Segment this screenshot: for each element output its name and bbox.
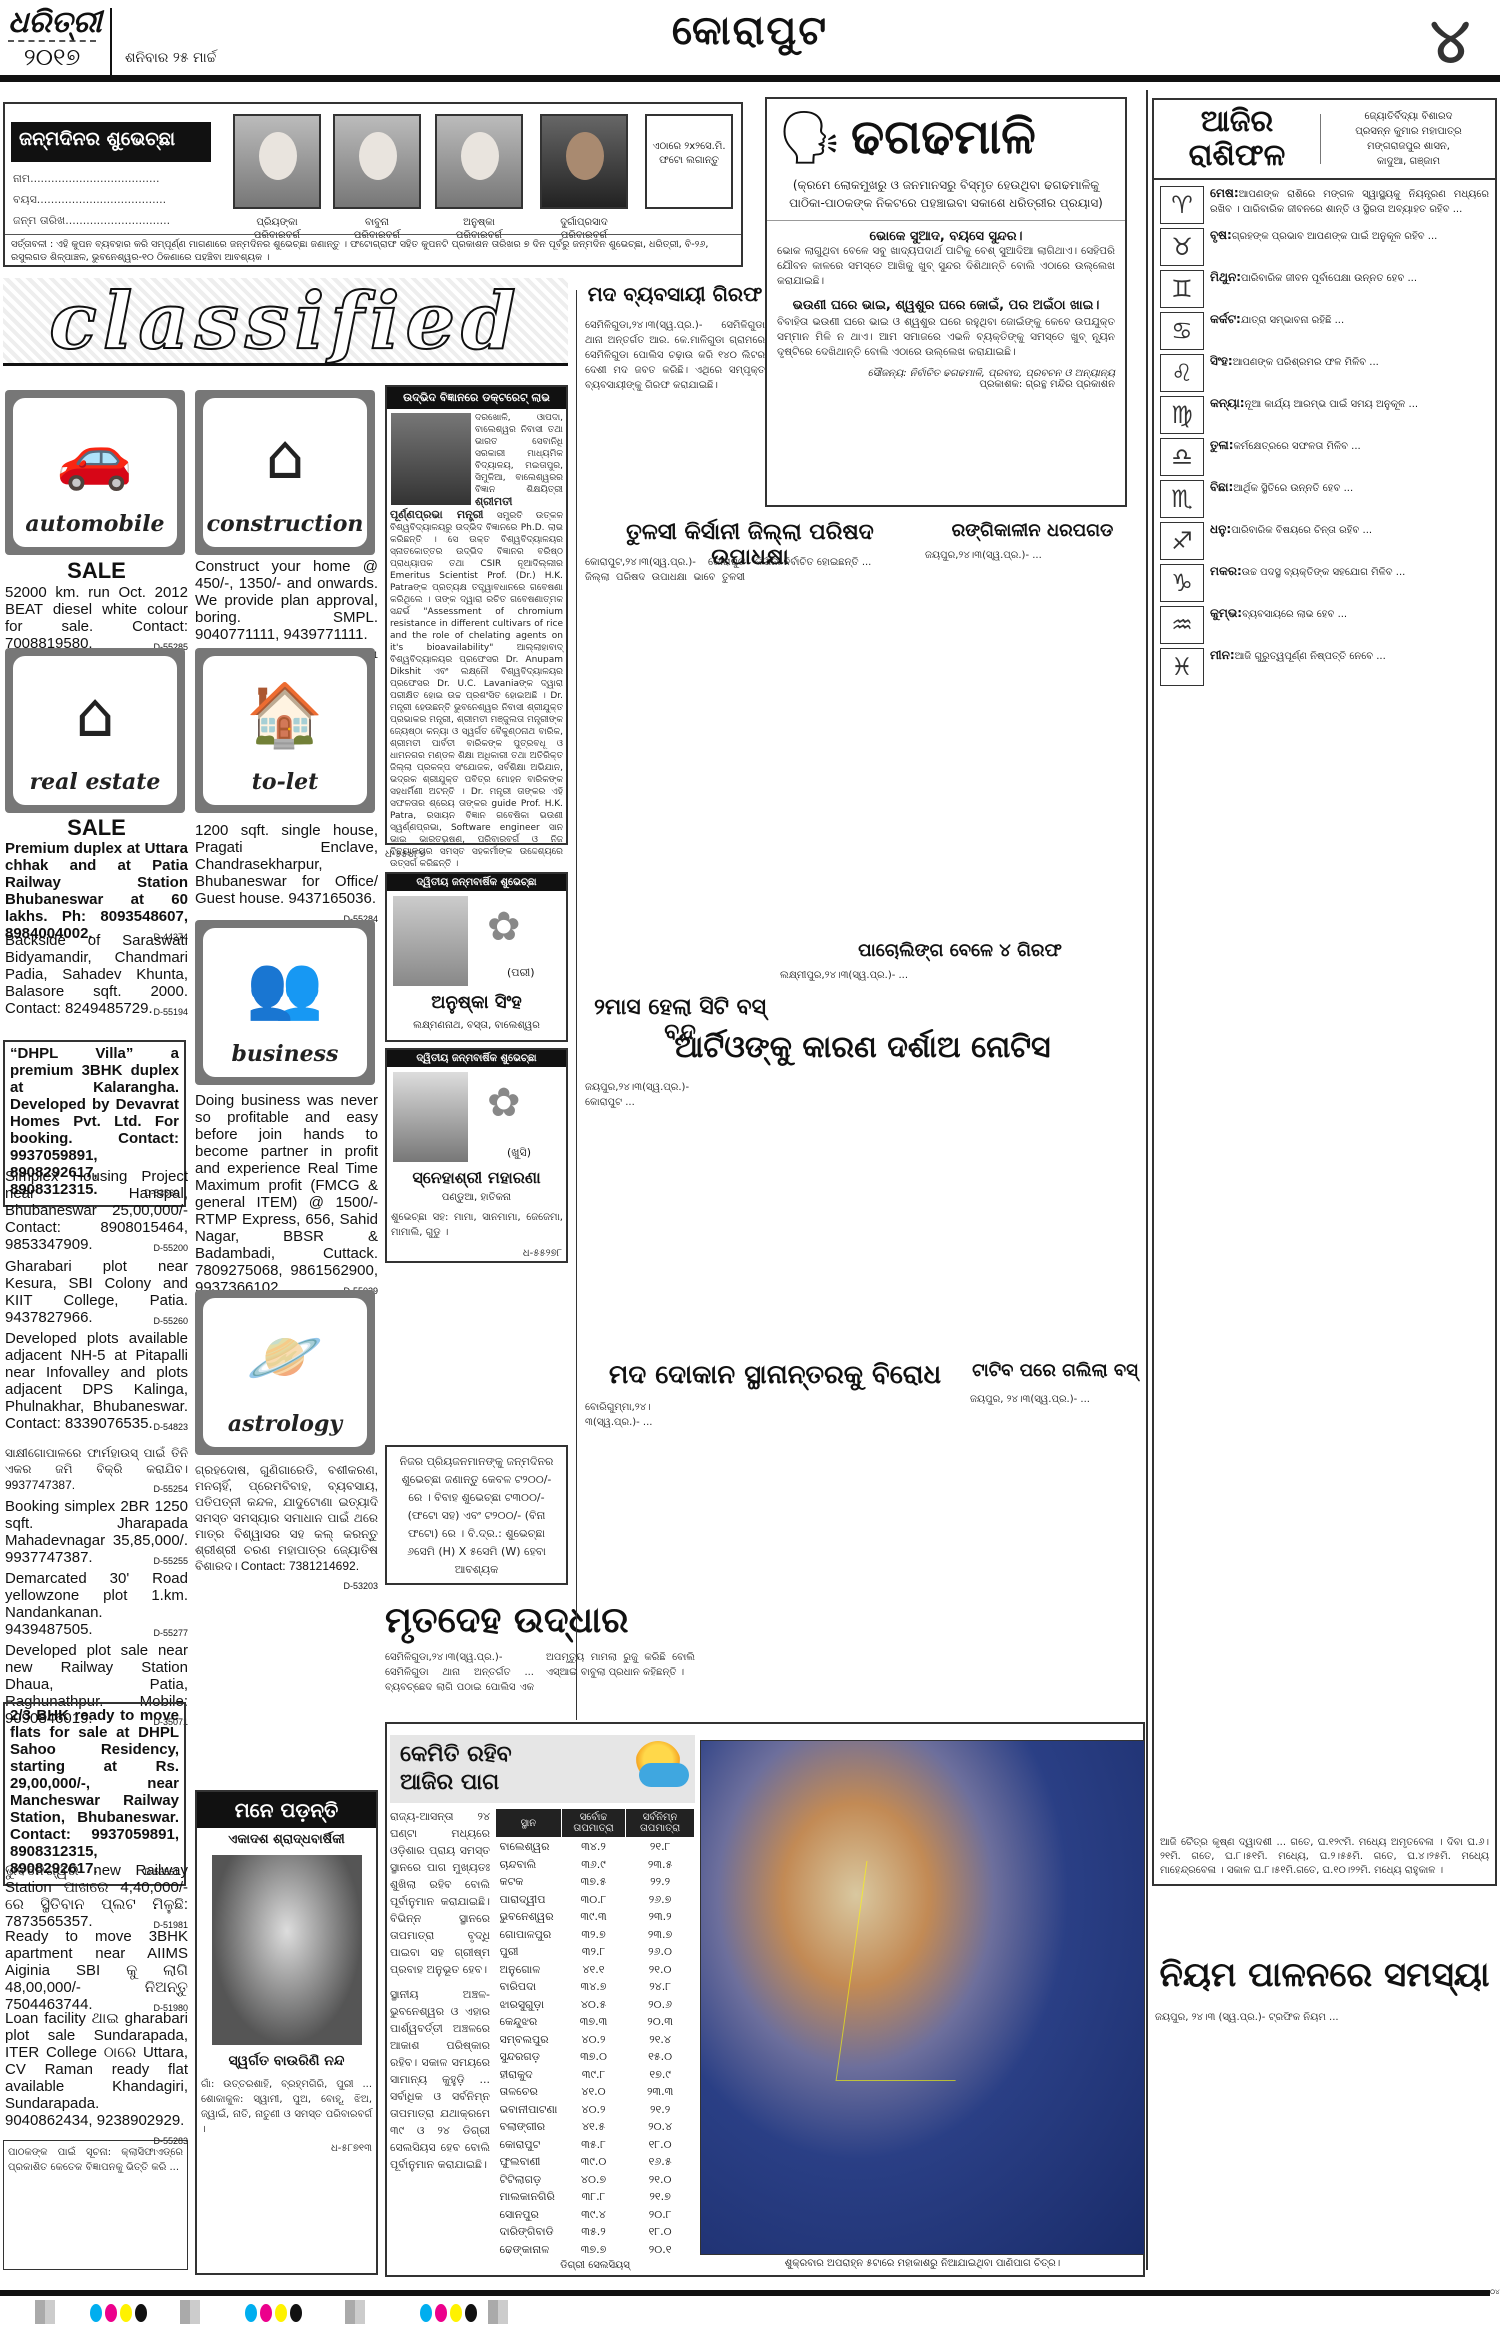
classified-ad: Loan facility ଥାଇ gharabari plot sale Su… [5, 2010, 188, 2150]
doctorate-title: ଉଦ୍ଭିଦ ବିଜ୍ଞାନରେ ଡକ୍ଟରେଟ୍ ଲାଭ [387, 387, 566, 409]
min-temp: ୨୦.୧ [626, 2241, 695, 2259]
max-temp: ୩୫.୨ [561, 2223, 625, 2241]
category-label: automobile [13, 511, 177, 537]
zodiac-entry: ♌ସିଂହ:ଆପଣଙ୍କ ପରିଶ୍ରମର ଫଳ ମିଳିବ ... [1160, 354, 1489, 392]
min-temp: ୨୧.୨ [626, 2101, 695, 2119]
classified-ad: Gharabari plot near Kesura, SBI Colony a… [5, 1258, 188, 1330]
ink-dot [290, 2304, 302, 2322]
satellite-weather-map [700, 1740, 1145, 2255]
zodiac-entry: ♋କର୍କଟ:ଯାତ୍ରା ସମ୍ଭାବନା ରହିଛି ... [1160, 312, 1489, 350]
almanac-text: ଆଜି ଚୈତ୍ର କୃଷ୍ଣ ଦ୍ୱାଦଶୀ ... ଗତେ, ଘ.୧୨୯ମି… [1160, 1836, 1489, 1878]
sample-photo: ବାବୁନାପରିବାରବର୍ଗ [333, 114, 421, 209]
birthday-wish-title: ଦ୍ୱିତୀୟ ଜନ୍ମବାର୍ଷିକ ଶୁଭେଚ୍ଛା [387, 874, 566, 891]
liquor-arrest-headline: ମଦ ବ୍ୟବସାୟୀ ଗିରଫ [585, 282, 765, 306]
place-name: ସୋନପୁର [496, 2206, 562, 2224]
place-name: ସମ୍ବଲପୁର [496, 2031, 562, 2049]
gemini-icon: ♊ [1160, 270, 1204, 308]
memorial-text: ଗାଁ: ଉତ୍ତରଶାହି, ବ୍ରହ୍ମଗିରି, ପୁରୀ ... ଶୋକ… [197, 2073, 376, 2141]
wishers-text: ଶୁଭେଚ୍ଛା ସହ: ମାମା, ସାନମାମା, ଜେଜେମା, ମାମା… [391, 1210, 563, 1240]
zodiac-list: ♈ମେଷ:ଆପଣଙ୍କ ରାଶିରେ ମଙ୍ଗଳ ସ୍ୱାସ୍ଥ୍ୟକୁ ନିୟ… [1154, 180, 1495, 696]
zodiac-entry: ♈ମେଷ:ଆପଣଙ୍କ ରାଶିରେ ମଙ୍ଗଳ ସ୍ୱାସ୍ଥ୍ୟକୁ ନିୟ… [1160, 186, 1489, 224]
max-temp: ୩୯.୮ [561, 2066, 625, 2084]
max-temp: ୪୧.୦ [561, 2083, 625, 2101]
car-icon: 🚗 [56, 420, 133, 494]
max-temp: ୩୭.୩ [561, 2013, 625, 2031]
temperature-row: ମାଲକାନଗିରି୩୮.୮୨୧.୭ [496, 2188, 695, 2206]
liquor-shop-headline: ମଦ ଦୋକାନ ସ୍ଥାନାନ୍ତରକୁ ବିରୋଧ [585, 1360, 965, 1391]
ink-dot [135, 2304, 147, 2322]
horoscope-title: ଆଜିର ରାଶିଫଳ [1162, 105, 1312, 173]
max-temp: ୩୬.୯ [561, 1856, 625, 1874]
zodiac-text: କନ୍ୟା:ନୂଆ କାର୍ଯ୍ୟ ଆରମ୍ଭ ପାଇଁ ସମୟ ଅନୁକୂଳ … [1210, 396, 1418, 434]
temperature-row: ସୁନ୍ଦରଗଡ଼୩୭.୦୧୫.୦ [496, 2048, 695, 2066]
place-name: ତାଳଚେର [496, 2083, 562, 2101]
zodiac-text: ଧନୁ:ପାରିବାରିକ ବିଷୟରେ ଚିନ୍ତା ରହିବ ... [1210, 522, 1372, 560]
temperature-row: ତାଳଚେର୪୧.୦୨୩.୩ [496, 2083, 695, 2101]
place-name: ସୁନ୍ଦରଗଡ଼ [496, 2048, 562, 2066]
doctorate-body: ସମ୍ପ୍ରତି ଉତ୍କଳ ବିଶ୍ୱବିଦ୍ୟାଳୟରୁ ଉଦ୍ଭିଦ ବି… [390, 511, 563, 869]
max-temp: ୪୧.୧ [561, 1961, 625, 1979]
ink-dot [90, 2304, 102, 2322]
sagittarius-icon: ♐ [1160, 522, 1204, 560]
zodiac-entry: ♉ବୃଷ:ଗ୍ରହଙ୍କ ପ୍ରଭାବ ଆପଣଙ୍କ ପାଇଁ ଅନୁକୂଳ ର… [1160, 228, 1489, 266]
temperature-row: ଭୁବନେଶ୍ୱର୩୯.୩୨୩.୨ [496, 1908, 695, 1926]
house-icon: ⌂ [75, 678, 114, 751]
min-temp: ୨୧.୪ [626, 2031, 695, 2049]
planet-icon: 🪐 [246, 1320, 323, 1394]
pisces-icon: ♓ [1160, 648, 1204, 686]
place-name: ମାଲକାନଗିରି [496, 2188, 562, 2206]
registration-mark [345, 2300, 365, 2324]
business-people-icon: 👥 [246, 950, 323, 1024]
child-name: ସ୍ନେହାଶ୍ରୀ ମହାରଣା [387, 1168, 566, 1188]
temperature-row: ଭବାନୀପାଟଣା୪୦.୨୨୧.୨ [496, 2101, 695, 2119]
ink-dot [260, 2304, 272, 2322]
zodiac-text: ବୃଷ:ଗ୍ରହଙ୍କ ପ୍ରଭାବ ଆପଣଙ୍କ ପାଇଁ ଅନୁକୂଳ ରହ… [1210, 228, 1437, 266]
min-temp: ୨୦.୬ [626, 1996, 695, 2014]
ink-dot [105, 2304, 117, 2322]
place-name: ପୁରୀ [496, 1943, 562, 1961]
max-temp: ୩୨.୭ [561, 1926, 625, 1944]
zodiac-entry: ♊ମିଥୁନ:ପାରିବାରିକ ଜୀବନ ପୂର୍ବାପେକ୍ଷା ଉନ୍ନତ… [1160, 270, 1489, 308]
min-temp: ୧୫.୦ [626, 2048, 695, 2066]
place-name: ହୀରାକୁଦ [496, 2066, 562, 2084]
place-name: ଢେଙ୍କାନାଳ [496, 2241, 562, 2259]
zodiac-entry: ♒କୁମ୍ଭ:ବ୍ୟବସାୟରେ ଲାଭ ହେବ ... [1160, 606, 1489, 644]
classified-ad: 1200 sqft. single house, Pragati Enclave… [195, 822, 378, 928]
cancer-icon: ♋ [1160, 312, 1204, 350]
house-outline-icon: ⌂ [265, 420, 304, 493]
cmyk-marks [245, 2304, 302, 2322]
place-name: ଝାରସୁଗୁଡ଼ା [496, 1996, 562, 2014]
max-temp: ୪୦.୫ [561, 1996, 625, 2014]
temperature-row: ହୀରାକୁଦ୩୯.୮୧୭.୯ [496, 2066, 695, 2084]
min-temp: ୨୪.୮ [626, 1978, 695, 1996]
max-temp: ୩୭.୫ [561, 1873, 625, 1891]
child-name: ଅନୁଷ୍କା ସିଂହ [387, 992, 566, 1013]
city-bus-story: ଜୟପୁର,୨୪।୩(ସ୍ୱ.ପ୍ର.)- କୋରାପୁଟ ... [585, 1080, 1140, 1350]
classified-ad: Backside of Saraswati Bidyamandir, Chand… [5, 932, 188, 1021]
classified-ad: ସାକ୍ଷୀଗୋପାଳରେ ଫାର୍ମହାଉସ୍ ପାଇଁ ତିନି ଏକର ଜ… [5, 1445, 188, 1497]
zodiac-text: କୁମ୍ଭ:ବ୍ୟବସାୟରେ ଲାଭ ହେବ ... [1210, 606, 1347, 644]
column-header-place: ସ୍ଥାନ [496, 1809, 562, 1838]
astrologer-info: ଜ୍ୟୋତିର୍ବିଦ୍ୟା ବିଶାରଦପ୍ରସନ୍ନ କୁମାର ମହାପା… [1330, 109, 1487, 169]
photo-name: ଅନୁଷ୍କା [437, 216, 521, 229]
zilla-parishad-story: କୋରାପୁଟ,୨୪।୩(ସ୍ୱ.ପ୍ର.)- କୋରାପୁଟ ଜିଲ୍ଲା ପ… [585, 555, 915, 935]
place-name: କଟକ [496, 1873, 562, 1891]
scorpio-icon: ♏ [1160, 480, 1204, 518]
min-temp: ୨୦.୪ [626, 2118, 695, 2136]
classified-ad: Simplex Housing Project near Hanspal, Bh… [5, 1168, 188, 1257]
doctorate-intro: ଦରଖୋଳି, ଓାପଦା, ବାଲେଶ୍ୱର ନିବାସୀ ତଥା ଭାରତ … [475, 413, 563, 495]
temperature-row: ଚାନ୍ଦବାଲି୩୬.୯୨୩.୫ [496, 1856, 695, 1874]
temperature-row: ପାରାଦ୍ୱୀପ୩୦.୮୨୬.୭ [496, 1891, 695, 1909]
max-temp: ୩୫.୮ [561, 2136, 625, 2154]
min-temp: ୨୬.୭ [626, 1891, 695, 1909]
photo-placeholder: ଏଠାରେ ୨x୨ସେ.ମି. ଫଟୋ ଲଗାନ୍ତୁ [645, 114, 733, 209]
place-name: କେନ୍ଦୁଝର [496, 2013, 562, 2031]
zodiac-entry: ♑ମକର:ଉଚ୍ଚ ପଦସ୍ଥ ବ୍ୟକ୍ତିଙ୍କ ସହଯୋଗ ମିଳିବ .… [1160, 564, 1489, 602]
place-name: ଗୋପାଳପୁର [496, 1926, 562, 1944]
horoscope-box: ଆଜିର ରାଶିଫଳ ଜ୍ୟୋତିର୍ବିଦ୍ୟା ବିଶାରଦପ୍ରସନ୍ନ… [1152, 98, 1497, 1886]
temperature-row: କଟକ୩୭.୫୨୨.୨ [496, 1873, 695, 1891]
temperature-row: କୋରାପୁଟ୩୫.୮୧୮.୦ [496, 2136, 695, 2154]
classified-ad: ଗ୍ରହଦୋଷ, ଗୁଣିଗାରେଡି, ବଶୀକରଣ, ମନଚାହିଁ, ପ୍… [195, 1462, 378, 1594]
masthead: ଧରିତ୍ରୀ ୨୦୧୭ ଶନିବାର ୨୫ ମାର୍ଚ୍ଚ କୋରାପୁଟ ୪ [0, 0, 1500, 82]
category-label: to-let [203, 769, 367, 795]
ink-dot [120, 2304, 132, 2322]
place-name: ଦାରିଙ୍ଗିବାଡି [496, 2223, 562, 2241]
memorial-photo [212, 1855, 362, 2045]
classified-ad: Booking simplex 2BR 1250 sqft. Jharapada… [5, 1498, 188, 1570]
max-temp: ୪୦.୭ [561, 2171, 625, 2189]
weather-forecast-text: ରାଜ୍ୟ-ଆସନ୍ତା ୨୪ ଘଣ୍ଟା ମଧ୍ୟରେ ଓଡ଼ିଶାର ପ୍ର… [390, 1808, 490, 2268]
category-real-estate: ⌂ real estate [5, 648, 185, 813]
local-forecast: ସ୍ଥାନୀୟ ଅଞ୍ଚଳ- ଭୁବନେଶ୍ୱର ଓ ଏହାର ପାର୍ଶ୍ୱବ… [390, 1986, 490, 2173]
portrait-photo [391, 413, 471, 505]
temperature-row: ଟିଟିଲାଗଡ଼୪୦.୭୨୧.୦ [496, 2171, 695, 2189]
birthday-wish: ଦ୍ୱିତୀୟ ଜନ୍ମବାର୍ଷିକ ଶୁଭେଚ୍ଛା ✿ (ପରୀ) ଅନୁ… [385, 872, 568, 1042]
capricorn-icon: ♑ [1160, 564, 1204, 602]
poaching-story: ଲକ୍ଷ୍ମୀପୁର,୨୪।୩(ସ୍ୱ.ପ୍ର.)- ... [780, 968, 1140, 1028]
to-let-sign-icon: 🏠 [246, 678, 323, 752]
max-temp: ୩୯.୦ [561, 2153, 625, 2171]
classified-ad-boxed: 2/3 BHK ready to move flats for sale at … [3, 1702, 186, 1886]
min-temp: ୨୬.୦ [626, 1943, 695, 1961]
ad-code: ଧ-୫୮୭୧୩ [197, 2141, 376, 2156]
temperature-row: ଦାରିଙ୍ଗିବାଡି୩୫.୨୧୮.୦ [496, 2223, 695, 2241]
registration-mark [35, 2300, 55, 2324]
temperature-row: ବାଲେଶ୍ୱର୩୪.୨୨୧.୮ [496, 1838, 695, 1856]
proverb-saying: ଭଉଣୀ ଘରେ ଭାଇ, ଶ୍ୱଶୁର ଘରେ ଜୋଇଁ, ପର ଅଇଁଠା … [777, 297, 1115, 315]
max-temp: ୪୧.୫ [561, 2118, 625, 2136]
reader-notice: ପାଠକଙ୍କ ପାଇଁ ସୂଚନା: କ୍ଲାସିଫାଏଡ୍‌ରେ ପ୍ରକା… [3, 2140, 188, 2270]
birthday-wish-title: ଦ୍ୱିତୀୟ ଜନ୍ମବାର୍ଷିକ ଶୁଭେଚ୍ଛା [387, 1050, 566, 1067]
zodiac-text: ସିଂହ:ଆପଣଙ୍କ ପରିଶ୍ରମର ଫଳ ମିଳିବ ... [1210, 354, 1379, 392]
city-bus-subheadline: ଆର୍ଟିଓଙ୍କୁ କାରଣ ଦର୍ଶାଅ ନୋଟିସ [585, 1030, 1140, 1065]
place-name: ଭୁବନେଶ୍ୱର [496, 1908, 562, 1926]
classified-ad: 52000 km. run Oct. 2012 BEAT diesel whit… [5, 584, 188, 656]
sample-photo: ଅନୁଷ୍କାପରିବାରବର୍ଗ [435, 114, 523, 209]
place-name: ଭବାନୀପାଟଣା [496, 2101, 562, 2119]
place-name: ଚାନ୍ଦବାଲି [496, 1856, 562, 1874]
bus-accident-story: ଜୟପୁର, ୨୪।୩(ସ୍ୱ.ପ୍ର.)- ... [970, 1392, 1140, 1712]
min-temp: ୧୮.୦ [626, 2136, 695, 2154]
temperature-row: ଅନୁଗୋଳ୪୧.୧୨୧.୦ [496, 1961, 695, 1979]
min-temp: ୨୦.୩ [626, 2013, 695, 2031]
min-temp: ୧୬.୫ [626, 2153, 695, 2171]
zodiac-entry: ♍କନ୍ୟା:ନୂଆ କାର୍ଯ୍ୟ ଆରମ୍ଭ ପାଇଁ ସମୟ ଅନୁକୂଳ… [1160, 396, 1489, 434]
proverbs-intro: (କ୍ରମେ ଲୋକମୁଖରୁ ଓ ଜନମାନସରୁ ବିସ୍ମୃତ ହେଉଥି… [767, 176, 1125, 221]
temperature-row: ଢେଙ୍କାନାଳ୩୭.୭୨୦.୧ [496, 2241, 695, 2259]
aries-icon: ♈ [1160, 186, 1204, 224]
proverbs-publisher: ପ୍ରକାଶକ: ଗ୍ରନ୍ଥ ମନ୍ଦିର ପ୍ରକାଶନ [777, 379, 1115, 390]
min-temp: ୨୩.୫ [626, 1856, 695, 1874]
registration-mark [180, 2300, 200, 2324]
sample-photo: ପ୍ରିୟଙ୍କାପରିବାରବର୍ଗ [233, 114, 321, 209]
max-temp: ୩୪.୭ [561, 1978, 625, 1996]
unit-note: ଡିଗ୍ରୀ ସେଲସିୟସ୍ [495, 2260, 695, 2271]
max-temp: ୪୦.୨ [561, 2031, 625, 2049]
place-name: ଅନୁଗୋଳ [496, 1961, 562, 1979]
max-temp: ୩୦.୮ [561, 1891, 625, 1909]
fort-headline: ରଙ୍ଗିକାଳୀନ ଧରପଗଡ [925, 520, 1140, 541]
temperature-row: ସମ୍ବଲପୁର୪୦.୨୨୧.୪ [496, 2031, 695, 2049]
birthday-wish: ଦ୍ୱିତୀୟ ଜନ୍ମବାର୍ଷିକ ଶୁଭେଚ୍ଛା ✿ (ଖୁସି) ସ୍… [385, 1048, 568, 1263]
min-temp: ୨୦.୮ [626, 2206, 695, 2224]
proverb-meaning: ବିବାହିତା ଭଉଣୀ ଘରେ ଭାଇ ଓ ଶ୍ୱଶୁର ଘରେ ରହୁଥି… [777, 315, 1115, 360]
child-nickname: (ପରୀ) [507, 966, 535, 980]
bus-accident-headline: ଟାଟିବ ପରେ ଗଲିଲା ବସ୍ [970, 1360, 1140, 1381]
dob-field[interactable]: ଜନ୍ମ ତାରିଖ.............................. [13, 210, 170, 231]
zodiac-text: ତୁଳା:କର୍ମକ୍ଷେତ୍ରରେ ସଫଳତା ମିଳିବ ... [1210, 438, 1361, 476]
max-temp: ୩୭.୦ [561, 2048, 625, 2066]
virgo-icon: ♍ [1160, 396, 1204, 434]
map-caption: ଶୁକ୍ରବାର ଅପରାହ୍ନ ୫ଟାରେ ମହାକାଶରୁ ନିଆଯାଇଥି… [700, 2258, 1145, 2269]
zodiac-text: ମେଷ:ଆପଣଙ୍କ ରାଶିରେ ମଙ୍ଗଳ ସ୍ୱାସ୍ଥ୍ୟକୁ ନିୟନ… [1210, 186, 1489, 224]
classified-ad: Doing business was never so profitable a… [195, 1092, 378, 1300]
temperature-row: ଝାରସୁଗୁଡ଼ା୪୦.୫୨୦.୬ [496, 1996, 695, 2014]
zodiac-entry: ♐ଧନୁ:ପାରିବାରିକ ବିଷୟରେ ଚିନ୍ତା ରହିବ ... [1160, 522, 1489, 560]
ink-dot [450, 2304, 462, 2322]
ad-code: ଧ-୫୫୨୭୮ [523, 1246, 562, 1261]
sample-photo: ଦୁର୍ଗାପ୍ରସାଦପରିବାରବର୍ଗ [540, 114, 628, 209]
min-temp: ୨୩.୩ [626, 2083, 695, 2101]
birthday-coupon-title: ଜନ୍ମଦିନର ଶୁଭେଚ୍ଛା [11, 122, 211, 162]
zodiac-entry: ♎ତୁଳା:କର୍ମକ୍ଷେତ୍ରରେ ସଫଳତା ମିଳିବ ... [1160, 438, 1489, 476]
max-temp: ୪୦.୨ [561, 2101, 625, 2119]
zodiac-entry: ♓ମୀନ:ଆଜି ଗୁରୁତ୍ୱପୂର୍ଣ୍ଣ ନିଷ୍ପତ୍ତି ନେବେ .… [1160, 648, 1489, 686]
wishes-rates-box: ନିଜର ପ୍ରିୟଜନମାନଙ୍କୁ ଜନ୍ମଦିନର ଶୁଭେଚ୍ଛା ଜଣ… [385, 1445, 568, 1585]
taurus-icon: ♉ [1160, 228, 1204, 266]
temperature-row: ଫୁଲବାଣୀ୩୯.୦୧୬.୫ [496, 2153, 695, 2171]
proverbs-title: ଢଗଢମାଳି [851, 109, 1036, 166]
footer-rule [0, 2290, 1490, 2296]
place-name: କୋରାପୁଟ [496, 2136, 562, 2154]
category-label: business [203, 1041, 367, 1067]
min-temp: ୨୨.୨ [626, 1873, 695, 1891]
liquor-arrest-story: ସେମିଳିଗୁଡା,୨୪।୩(ସ୍ୱ.ପ୍ର.)- ସେମିଳିଗୁଡା ଥା… [585, 318, 765, 393]
ink-dot [435, 2304, 447, 2322]
min-temp: ୨୧.୭ [626, 2188, 695, 2206]
category-astrology: 🪐 astrology [195, 1290, 375, 1455]
rules-story: ଜୟପୁର, ୨୪।୩ (ସ୍ୱ.ପ୍ର.)- ଟ୍ରଫିକ ନିୟମ ... [1155, 2010, 1495, 2270]
zodiac-text: ମିଥୁନ:ପାରିବାରିକ ଜୀବନ ପୂର୍ବାପେକ୍ଷା ଉନ୍ନତ … [1210, 270, 1417, 308]
proverbs-box: 🗣 ଢଗଢମାଳି (କ୍ରମେ ଲୋକମୁଖରୁ ଓ ଜନମାନସରୁ ବିସ… [765, 97, 1127, 507]
min-temp: ୨୧.୦ [626, 1961, 695, 1979]
memorial-notice: ମନେ ପଡ଼ନ୍ତି ଏକାଦଶ ଶ୍ରାଦ୍ଧବାର୍ଷିକୀ ସ୍ୱର୍ଗ… [195, 1790, 378, 2275]
child-place: ପଣ୍ଡୁଆ, ହାତିକନା [387, 1192, 566, 1203]
classified-banner: classified [3, 278, 568, 366]
max-temp: ୩୯.୪ [561, 2206, 625, 2224]
section-title: କୋରାପୁଟ [0, 8, 1500, 54]
category-automobile: 🚗 automobile [5, 390, 185, 555]
leo-icon: ♌ [1160, 354, 1204, 392]
classified-ad: ଭୁବନେଶ୍ୱର new Railway Station ପାଖରେ 4,40… [5, 1862, 188, 1934]
temperature-rows: ବାଲେଶ୍ୱର୩୪.୨୨୧.୮ଚାନ୍ଦବାଲି୩୬.୯୨୩.୫କଟକ୩୭.୫… [496, 1838, 695, 2259]
libra-icon: ♎ [1160, 438, 1204, 476]
min-temp: ୧୮.୦ [626, 2223, 695, 2241]
max-temp: ୩୯.୩ [561, 1908, 625, 1926]
temperature-row: ଗୋପାଳପୁର୩୨.୭୨୩.୭ [496, 1926, 695, 1944]
category-label: astrology [203, 1411, 367, 1437]
birthday-coupon: ଜନ୍ମଦିନର ଶୁଭେଚ୍ଛା ନାମ...................… [3, 102, 743, 267]
proverb-saying: ଭୋକେ ସୁଆଦ, ବୟସେ ସୁନ୍ଦର। [777, 229, 1115, 244]
zodiac-text: ବିଛା:ଆର୍ଥିକ ସ୍ଥିତିରେ ଉନ୍ନତି ହେବ ... [1210, 480, 1353, 518]
age-field[interactable]: ବୟସ..................................... [13, 189, 170, 210]
temperature-row: ବାରିପଦା୩୪.୭୨୪.୮ [496, 1978, 695, 1996]
photo-name: ବାବୁନା [335, 216, 419, 229]
column-divider [1146, 90, 1148, 2270]
column-divider [576, 290, 577, 1720]
max-temp: ୩୪.୨ [561, 1838, 625, 1856]
temperature-row: ପୁରୀ୩୨.୮୨୬.୦ [496, 1943, 695, 1961]
classified-ad: Premium duplex at Uttara chhak and at Pa… [5, 840, 188, 946]
cmyk-marks [90, 2304, 147, 2322]
page-marker: ୦୪ [1490, 2288, 1500, 2297]
place-name: ପାରାଦ୍ୱୀପ [496, 1891, 562, 1909]
ad-code: ଧ-୫୫୪୮୭ [385, 847, 426, 862]
category-label: real estate [13, 769, 177, 795]
max-temp: ୩୮.୮ [561, 2188, 625, 2206]
category-to-let: 🏠 to-let [195, 648, 375, 813]
classified-ad: Demarcated 30' Road yellowzone plot 1.km… [5, 1570, 188, 1642]
liquor-shop-story: ବୋରିଗୁମ୍ମା,୨୪।୩(ସ୍ୱ.ପ୍ର.)- ... [585, 1400, 965, 1720]
proverb-meaning: ଭୋକ ଲାଗୁଥିବା ବେଳେ ସବୁ ଖାଦ୍ୟପଦାର୍ଥ ପାଟିକୁ… [777, 244, 1115, 289]
state-forecast: ରାଜ୍ୟ-ଆସନ୍ତା ୨୪ ଘଣ୍ଟା ମଧ୍ୟରେ ଓଡ଼ିଶାର ପ୍ର… [390, 1808, 490, 1978]
min-temp: ୨୩.୨ [626, 1908, 695, 1926]
flower-icon: ✿ [487, 904, 521, 950]
min-temp: ୨୧.୮ [626, 1838, 695, 1856]
child-photo [393, 1072, 468, 1162]
child-place: ଲକ୍ଷ୍ମଣନାଥ, ବସ୍ତା, ବାଲେଶ୍ୱର [387, 1020, 566, 1031]
category-business: 👥 business [195, 920, 375, 1085]
place-name: ଫୁଲବାଣୀ [496, 2153, 562, 2171]
photo-name: ପ୍ରିୟଙ୍କା [235, 216, 319, 229]
ad-heading: SALE [5, 815, 188, 841]
page-number: ୪ [1430, 4, 1470, 78]
ad-heading: SALE [5, 558, 188, 584]
ink-dot [420, 2304, 432, 2322]
zodiac-text: ମକର:ଉଚ୍ଚ ପଦସ୍ଥ ବ୍ୟକ୍ତିଙ୍କ ସହଯୋଗ ମିଳିବ ..… [1210, 564, 1405, 602]
name-field[interactable]: ନାମ..................................... [13, 168, 170, 189]
rules-headline: ନିୟମ ପାଳନରେ ସମସ୍ୟା [1152, 1955, 1497, 1995]
column-header-min: ସର୍ବନିମ୍ନ ତାପମାତ୍ରା [626, 1809, 695, 1838]
temperature-row: କେନ୍ଦୁଝର୩୭.୩୨୦.୩ [496, 2013, 695, 2031]
coupon-terms: ସର୍ତ୍ତାବଳୀ : ଏହି କୁପନ ବ୍ୟବହାର କରି ସମ୍ପୂର… [5, 234, 741, 267]
place-name: ଟିଟିଲାଗଡ଼ [496, 2171, 562, 2189]
ink-dot [275, 2304, 287, 2322]
zodiac-text: କର୍କଟ:ଯାତ୍ରା ସମ୍ଭାବନା ରହିଛି ... [1210, 312, 1344, 350]
min-temp: ୨୧.୦ [626, 2171, 695, 2189]
fort-story: ଜୟପୁର,୨୪।୩(ସ୍ୱ.ପ୍ର.)- ... [925, 548, 1140, 948]
cmyk-marks [420, 2304, 477, 2322]
temperature-row: ବଲାଙ୍ଗୀର୪୧.୫୨୦.୪ [496, 2118, 695, 2136]
place-name: ବାଲେଶ୍ୱର [496, 1838, 562, 1856]
registration-mark [488, 2300, 508, 2324]
aquarius-icon: ♒ [1160, 606, 1204, 644]
weather-title: କେମିତି ରହିବ ଆଜିର ପାଗ [390, 1735, 695, 1803]
child-nickname: (ଖୁସି) [507, 1146, 531, 1160]
category-label: construction [203, 511, 367, 537]
memorial-subtitle: ଏକାଦଶ ଶ୍ରାଦ୍ଧବାର୍ଷିକୀ [197, 1828, 376, 1851]
india-outline [836, 1861, 987, 2081]
ink-dot [245, 2304, 257, 2322]
max-temp: ୩୭.୭ [561, 2241, 625, 2259]
ink-dot [465, 2304, 477, 2322]
place-name: ବଲାଙ୍ଗୀର [496, 2118, 562, 2136]
cartoon-faces-icon: 🗣 [777, 107, 843, 168]
min-temp: ୧୭.୯ [626, 2066, 695, 2084]
category-construction: ⌂ construction [195, 390, 375, 555]
photo-name: ଦୁର୍ଗାପ୍ରସାଦ [542, 216, 626, 229]
proverbs-credit: ସୌଜନ୍ୟ: ନିର୍ବାଚିତ ଢଗଢମାଳି, ପ୍ରବାଦ, ପ୍ରବଚ… [777, 368, 1115, 379]
max-temp: ୩୨.୮ [561, 1943, 625, 1961]
zodiac-entry: ♏ବିଛା:ଆର୍ଥିକ ସ୍ଥିତିରେ ଉନ୍ନତି ହେବ ... [1160, 480, 1489, 518]
flower-icon: ✿ [487, 1080, 521, 1126]
zodiac-text: ମୀନ:ଆଜି ଗୁରୁତ୍ୱପୂର୍ଣ୍ଣ ନିଷ୍ପତ୍ତି ନେବେ ..… [1210, 648, 1386, 686]
classified-ad: Ready to move 3BHK apartment near AIIMS … [5, 1928, 188, 2017]
temperature-row: ସୋନପୁର୩୯.୪୨୦.୮ [496, 2206, 695, 2224]
poaching-headline: ପାଚୋଲିଙ୍ଗ ବେଳେ ୪ ଗିରଫ [780, 940, 1140, 961]
coupon-fields: ନାମ.....................................… [13, 168, 170, 231]
cloud-icon [639, 1763, 689, 1787]
place-name: ବାରିପଦା [496, 1978, 562, 1996]
doctorate-notice: ଉଦ୍ଭିଦ ବିଜ୍ଞାନରେ ଡକ୍ଟରେଟ୍ ଲାଭ ଦରଖୋଳି, ଓା… [385, 385, 568, 845]
temperature-table: ସ୍ଥାନ ସର୍ବୋଚ୍ଚ ତାପମାତ୍ରା ସର୍ବନିମ୍ନ ତାପମା… [495, 1808, 695, 2271]
memorial-name: ସ୍ୱର୍ଗତ ବାଉରିଣି ନନ୍ଦ [197, 2049, 376, 2073]
child-photo [393, 896, 468, 986]
min-temp: ୨୩.୭ [626, 1926, 695, 1944]
memorial-title: ମନେ ପଡ଼ନ୍ତି [197, 1792, 376, 1828]
column-header-max: ସର୍ବୋଚ୍ଚ ତାପମାତ୍ରା [561, 1809, 625, 1838]
classified-ad: Developed plots available adjacent NH-5 … [5, 1330, 188, 1436]
